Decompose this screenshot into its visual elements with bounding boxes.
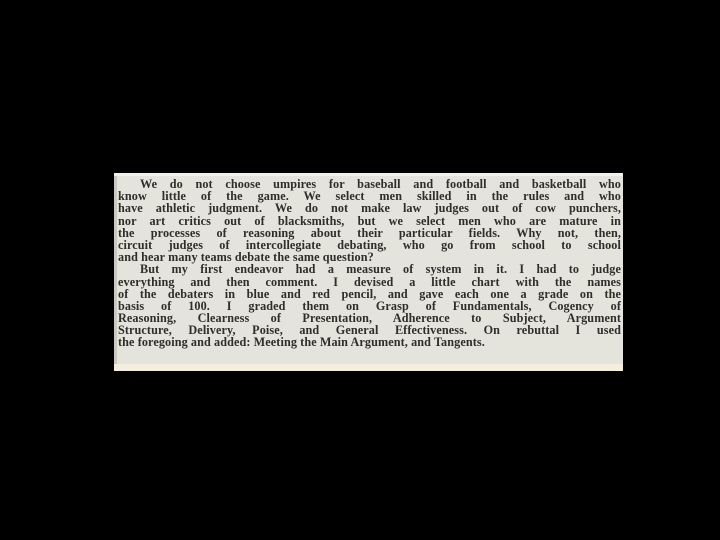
text-line: have athletic judgment. We do not make l… bbox=[118, 202, 621, 214]
text-line: nor art critics out of blacksmiths, but … bbox=[118, 215, 621, 227]
text-line: But my first endeavor had a measure of s… bbox=[118, 263, 621, 275]
paragraph-1: We do not choose umpires for baseball an… bbox=[118, 178, 621, 263]
text-line: everything and then comment. I devised a… bbox=[118, 276, 621, 288]
text-line: the foregoing and added: Meeting the Mai… bbox=[118, 336, 621, 348]
paragraph-2: But my first endeavor had a measure of s… bbox=[118, 263, 621, 348]
article-text: We do not choose umpires for baseball an… bbox=[118, 178, 621, 349]
newspaper-clipping: We do not choose umpires for baseball an… bbox=[114, 173, 623, 371]
